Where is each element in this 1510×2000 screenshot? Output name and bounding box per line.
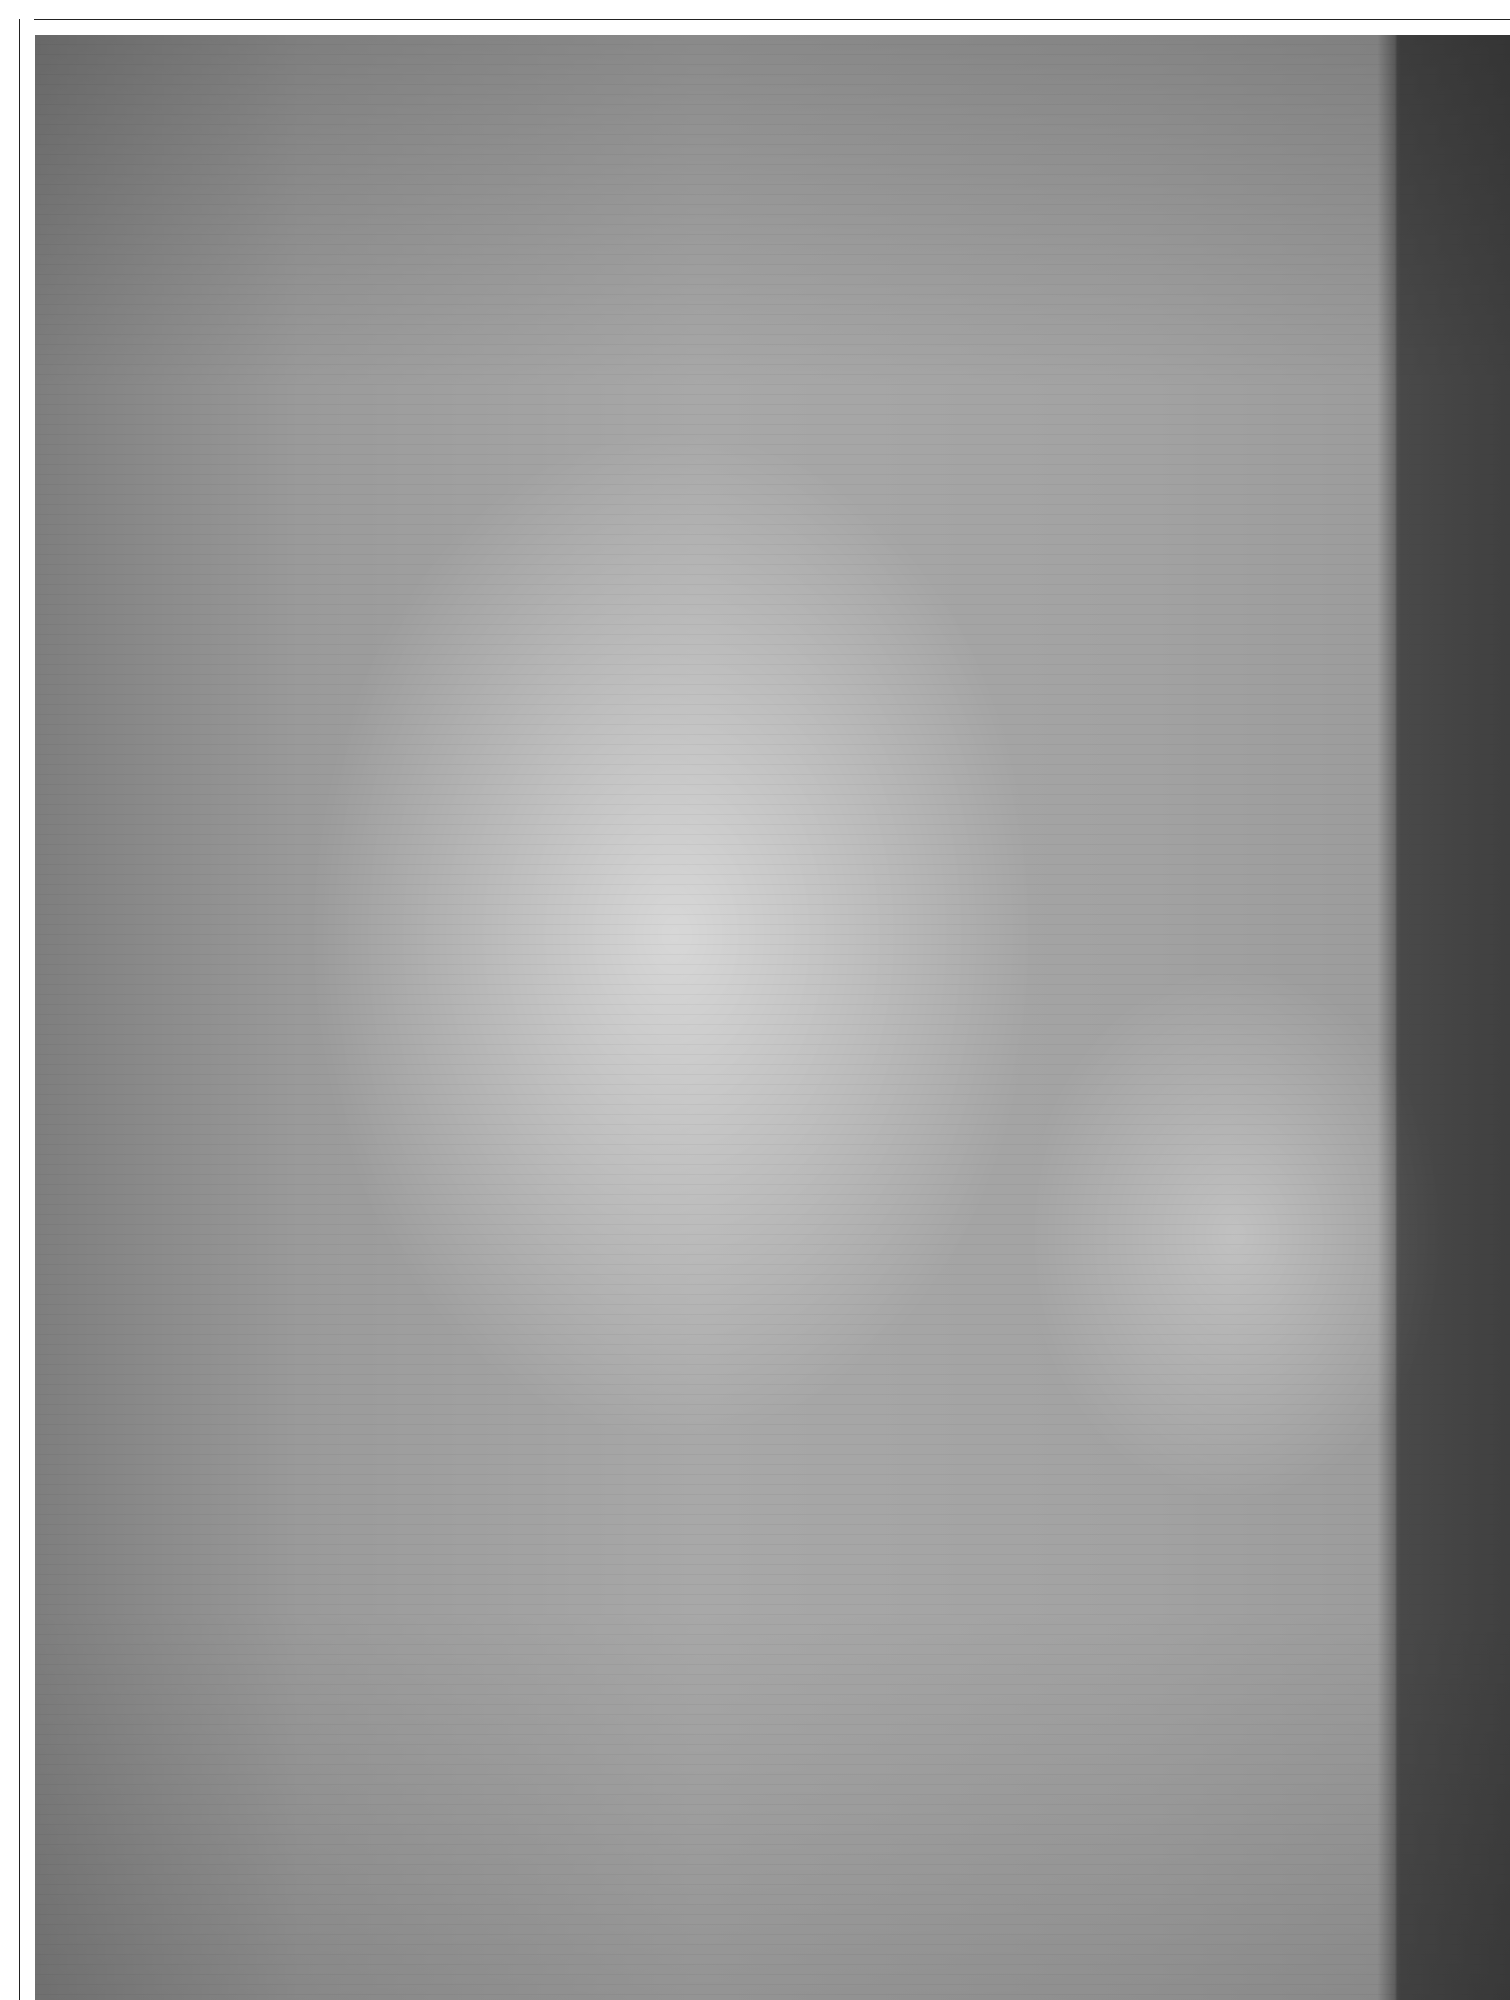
ruler-top-baseline	[19, 19, 1510, 20]
ruler-left	[0, 0, 34, 2000]
vignette	[35, 35, 1510, 2000]
ruler-left-baseline	[19, 19, 20, 2000]
manuscript-scan	[35, 35, 1510, 2000]
ruler-top	[0, 0, 1510, 34]
